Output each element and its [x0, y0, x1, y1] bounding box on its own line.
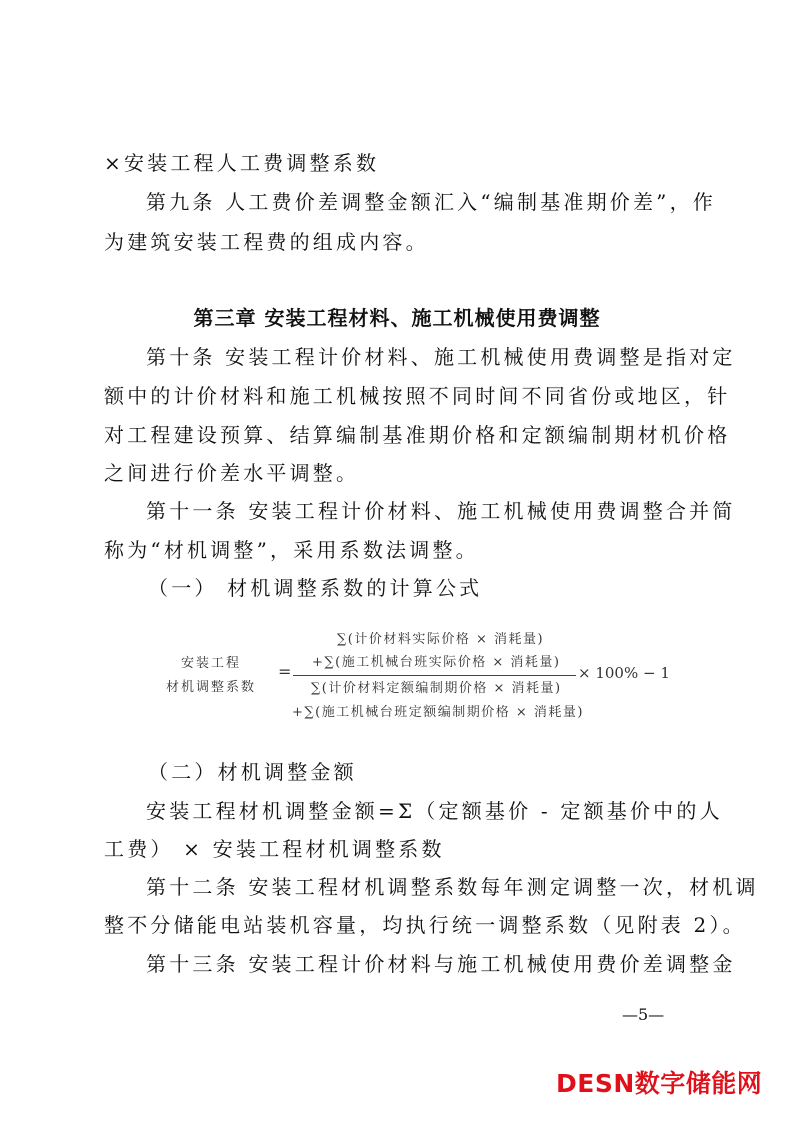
- formula-lhs-line-2: 材机调整系数: [166, 678, 256, 698]
- formula-continuation-line: ×安装工程人工费调整系数: [104, 149, 694, 177]
- article-11-line-1: 第十一条 安装工程计价材料、施工机械使用费调整合并简: [146, 497, 736, 525]
- article-10-line-3: 对工程建设预算、结算编制基准期价格和定额编制期材机价格: [104, 421, 694, 449]
- article-13-line-1: 第十三条 安装工程计价材料与施工机械使用费价差调整金: [146, 950, 736, 978]
- article-12-line-2: 整不分储能电站装机容量，均执行统一调整系数（见附表 2）。: [104, 911, 694, 939]
- formula-numerator-line-1: ∑(计价材料实际价格 × 消耗量): [337, 630, 544, 650]
- page-number: —5—: [622, 1005, 664, 1025]
- section-2-body-line-1: 安装工程材机调整金额=Σ（定额基价 - 定额基价中的人: [146, 797, 736, 825]
- desn-watermark-logo: DESN数字储能网: [556, 1068, 762, 1100]
- formula-equals-sign: =: [278, 662, 291, 681]
- section-1-title: （一） 材机调整系数的计算公式: [148, 574, 738, 602]
- section-2-title: （二）材机调整金额: [148, 758, 738, 786]
- formula-denominator-line-2: +∑(施工机械台班定额编制期价格 × 消耗量): [292, 703, 584, 723]
- formula-numerator-line-2: +∑(施工机械台班实际价格 × 消耗量): [312, 653, 560, 673]
- article-10-line-1: 第十条 安装工程计价材料、施工机械使用费调整是指对定: [146, 343, 736, 371]
- formula-fraction-bar: [293, 675, 576, 676]
- article-12-line-1: 第十二条 安装工程材机调整系数每年测定调整一次，材机调: [146, 873, 736, 901]
- formula-lhs-line-1: 安装工程: [166, 654, 256, 674]
- article-10-line-4: 之间进行价差水平调整。: [104, 459, 694, 487]
- formula-denominator-line-1: ∑(计价材料定额编制期价格 × 消耗量): [311, 679, 562, 699]
- article-10-line-2: 额中的计价材料和施工机械按照不同时间不同省份或地区，针: [104, 382, 694, 410]
- chapter-heading: 第三章 安装工程材料、施工机械使用费调整: [0, 304, 794, 332]
- section-2-body-line-2: 工费） × 安装工程材机调整系数: [104, 835, 694, 863]
- formula-tail: × 100% − 1: [578, 664, 670, 682]
- article-11-line-2: 称为“材机调整”，采用系数法调整。: [104, 536, 694, 564]
- adjustment-coefficient-formula: 安装工程 材机调整系数 = ∑(计价材料实际价格 × 消耗量) +∑(施工机械台…: [160, 622, 670, 728]
- article-9-line-2: 为建筑安装工程费的组成内容。: [104, 228, 694, 256]
- article-9-line-1: 第九条 人工费价差调整金额汇入“编制基准期价差”，作: [146, 188, 736, 216]
